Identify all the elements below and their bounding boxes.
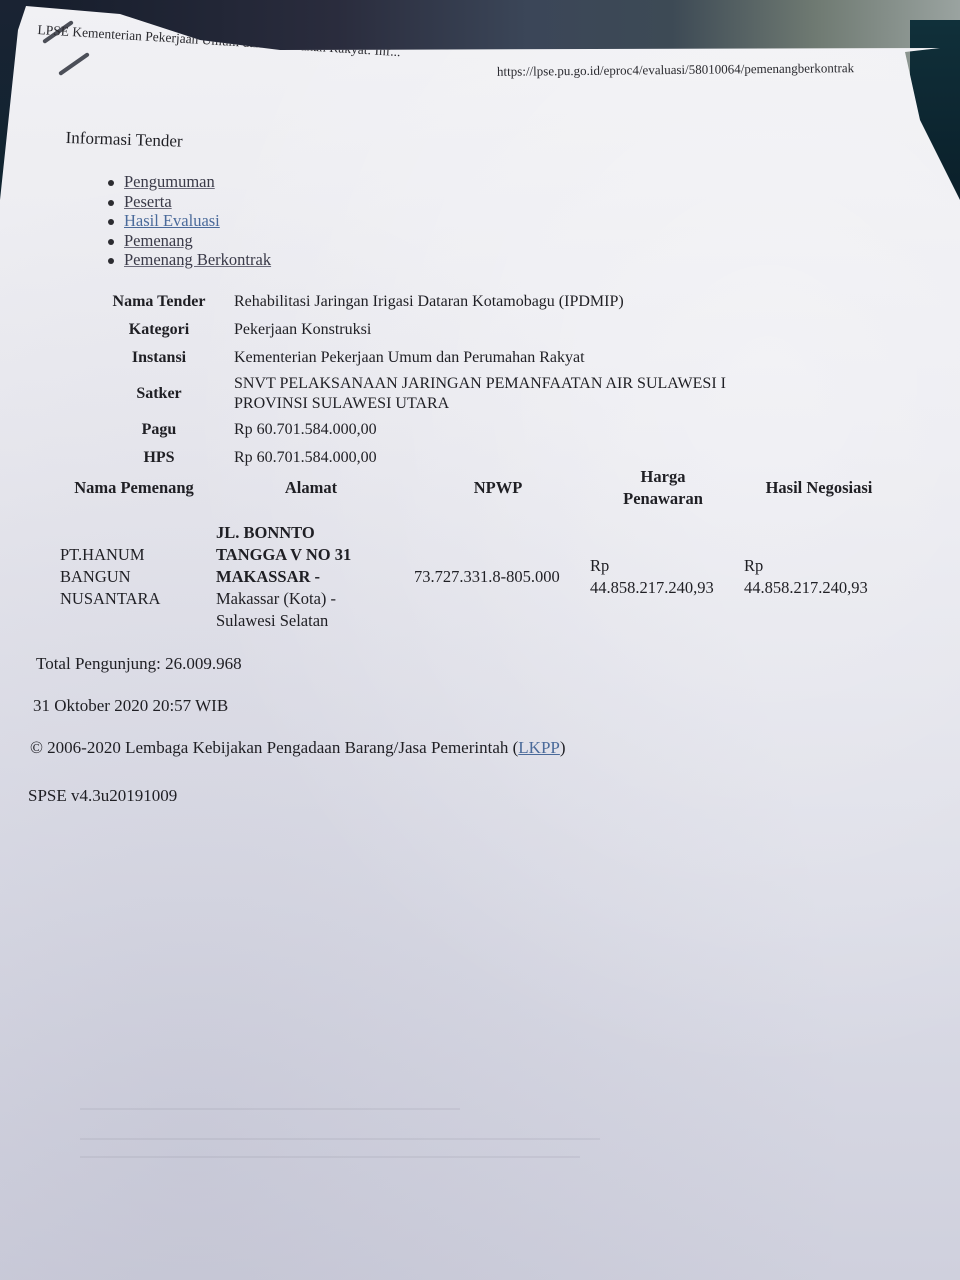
info-row-instansi: Instansi Kementerian Pekerjaan Umum dan … bbox=[96, 344, 726, 372]
winner-table-header: Nama Pemenang Alamat NPWP Harga Penawara… bbox=[56, 466, 898, 522]
winner-table: Nama Pemenang Alamat NPWP Harga Penawara… bbox=[56, 466, 898, 632]
nav-link-pemenang[interactable]: Pemenang bbox=[124, 231, 193, 250]
label-pagu: Pagu bbox=[96, 416, 234, 444]
value-pagu: Rp 60.701.584.000,00 bbox=[234, 416, 726, 444]
info-row-satker: Satker SNVT PELAKSANAAN JARINGAN PEMANFA… bbox=[96, 372, 726, 416]
winner-npwp: 73.727.331.8-805.000 bbox=[410, 522, 586, 632]
nav-link-pemenang-berkontrak[interactable]: Pemenang Berkontrak bbox=[124, 250, 271, 269]
nav-item-pemenang: Pemenang bbox=[108, 231, 271, 251]
version-text: SPSE v4.3u20191009 bbox=[28, 786, 177, 806]
nav-link-hasil-evaluasi[interactable]: Hasil Evaluasi bbox=[124, 211, 220, 230]
nav-item-pemenang-berkontrak: Pemenang Berkontrak bbox=[108, 250, 271, 270]
header-npwp: NPWP bbox=[410, 466, 586, 522]
winner-name: PT.HANUM BANGUN NUSANTARA bbox=[56, 522, 212, 632]
tender-nav: Pengumuman Peserta Hasil Evaluasi Pemena… bbox=[108, 172, 271, 270]
visitor-count: Total Pengunjung: 26.009.968 bbox=[36, 654, 242, 674]
nav-link-pengumuman[interactable]: Pengumuman bbox=[124, 172, 215, 191]
print-datetime: 31 Oktober 2020 20:57 WIB bbox=[33, 696, 228, 716]
tender-info-table: Nama Tender Rehabilitasi Jaringan Irigas… bbox=[96, 288, 726, 472]
satker-line-1: SNVT PELAKSANAAN JARINGAN PEMANFAATAN AI… bbox=[234, 374, 726, 394]
winner-harga-penawaran: Rp 44.858.217.240,93 bbox=[586, 522, 740, 632]
value-nama-tender: Rehabilitasi Jaringan Irigasi Dataran Ko… bbox=[234, 288, 726, 316]
winner-address: JL. BONNTO TANGGA V NO 31 MAKASSAR - Mak… bbox=[212, 522, 410, 632]
value-instansi: Kementerian Pekerjaan Umum dan Perumahan… bbox=[234, 344, 726, 372]
value-satker: SNVT PELAKSANAAN JARINGAN PEMANFAATAN AI… bbox=[234, 372, 726, 416]
info-row-kategori: Kategori Pekerjaan Konstruksi bbox=[96, 316, 726, 344]
nav-link-peserta[interactable]: Peserta bbox=[124, 192, 172, 211]
lkpp-link[interactable]: LKPP bbox=[518, 738, 560, 757]
info-row-pagu: Pagu Rp 60.701.584.000,00 bbox=[96, 416, 726, 444]
label-instansi: Instansi bbox=[96, 344, 234, 372]
table-row: PT.HANUM BANGUN NUSANTARA JL. BONNTO TAN… bbox=[56, 522, 898, 632]
label-nama-tender: Nama Tender bbox=[96, 288, 234, 316]
header-hasil-negosiasi: Hasil Negosiasi bbox=[740, 466, 898, 522]
header-alamat: Alamat bbox=[212, 466, 410, 522]
bleed-through-text bbox=[80, 1108, 460, 1110]
label-kategori: Kategori bbox=[96, 316, 234, 344]
header-nama-pemenang: Nama Pemenang bbox=[56, 466, 212, 522]
nav-item-pengumuman: Pengumuman bbox=[108, 172, 271, 192]
nav-item-hasil-evaluasi: Hasil Evaluasi bbox=[108, 211, 271, 231]
info-row-nama-tender: Nama Tender Rehabilitasi Jaringan Irigas… bbox=[96, 288, 726, 316]
copyright: © 2006-2020 Lembaga Kebijakan Pengadaan … bbox=[30, 738, 566, 758]
bleed-through-text bbox=[80, 1138, 600, 1140]
label-satker: Satker bbox=[96, 372, 234, 416]
nav-item-peserta: Peserta bbox=[108, 192, 271, 212]
winner-hasil-negosiasi: Rp 44.858.217.240,93 bbox=[740, 522, 898, 632]
header-harga-penawaran: Harga Penawaran bbox=[586, 466, 740, 522]
value-kategori: Pekerjaan Konstruksi bbox=[234, 316, 726, 344]
satker-line-2: PROVINSI SULAWESI UTARA bbox=[234, 394, 726, 414]
bleed-through-text bbox=[80, 1156, 580, 1158]
printed-page: LPSE Kementerian Pekerjaan Umum dan Peru… bbox=[0, 0, 960, 1280]
section-title: Informasi Tender bbox=[65, 128, 183, 152]
